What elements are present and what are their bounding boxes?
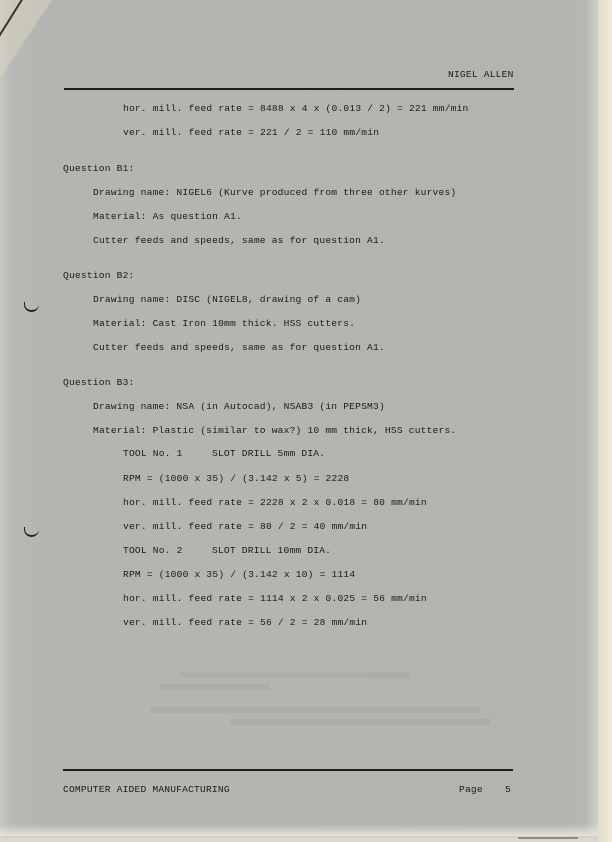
punch-hole-mark-icon <box>24 527 39 537</box>
question-b2-feeds: Cutter feeds and speeds, same as for que… <box>93 342 385 354</box>
footer-page-label: Page <box>459 784 483 796</box>
scan-artifact <box>518 837 578 839</box>
tool-1-label: TOOL No. 1 <box>123 448 183 460</box>
question-b3-material: Material: Plastic (similar to wax?) 10 m… <box>93 425 456 437</box>
footer-page-number: 5 <box>505 784 511 796</box>
show-through-text <box>150 707 480 713</box>
question-b1-feeds: Cutter feeds and speeds, same as for que… <box>93 235 385 247</box>
tool-2-description: SLOT DRILL 10mm DIA. <box>212 545 331 557</box>
footer-title: COMPUTER AIDED MANUFACTURING <box>63 784 230 796</box>
show-through-text <box>230 719 490 725</box>
carryover-hor-feed: hor. mill. feed rate = 8488 x 4 x (0.013… <box>123 103 469 115</box>
question-b1-drawing: Drawing name: NIGEL6 (Kurve produced fro… <box>93 187 456 199</box>
question-b2-drawing: Drawing name: DISC (NIGEL8, drawing of a… <box>93 294 361 306</box>
show-through-text <box>180 672 410 678</box>
document-page: NIGEL ALLEN hor. mill. feed rate = 8488 … <box>0 0 598 836</box>
tool-1-rpm: RPM = (1000 x 35) / (3.142 x 5) = 2228 <box>123 473 349 485</box>
page-right-edge <box>598 0 612 842</box>
header-author: NIGEL ALLEN <box>448 69 514 81</box>
question-b1-material: Material: As question A1. <box>93 211 242 223</box>
tool-2-ver-feed: ver. mill. feed rate = 56 / 2 = 28 mm/mi… <box>123 617 367 629</box>
question-b1-heading: Question B1: <box>63 163 135 175</box>
question-b2-heading: Question B2: <box>63 270 135 282</box>
tool-2-hor-feed: hor. mill. feed rate = 1114 x 2 x 0.025 … <box>123 593 427 605</box>
tool-2-label: TOOL No. 2 <box>123 545 183 557</box>
carryover-ver-feed: ver. mill. feed rate = 221 / 2 = 110 mm/… <box>123 127 379 139</box>
question-b3-drawing: Drawing name: NSA (in Autocad), NSAB3 (i… <box>93 401 385 413</box>
footer-rule <box>63 769 513 771</box>
show-through-text <box>160 684 270 690</box>
tool-1-description: SLOT DRILL 5mm DIA. <box>212 448 325 460</box>
punch-hole-mark-icon <box>24 302 39 312</box>
page-corner-fold <box>0 0 52 78</box>
question-b3-heading: Question B3: <box>63 377 135 389</box>
tool-1-hor-feed: hor. mill. feed rate = 2228 x 2 x 0.018 … <box>123 497 427 509</box>
tool-1-ver-feed: ver. mill. feed rate = 80 / 2 = 40 mm/mi… <box>123 521 367 533</box>
question-b2-material: Material: Cast Iron 10mm thick. HSS cutt… <box>93 318 355 330</box>
header-rule <box>64 88 514 90</box>
tool-2-rpm: RPM = (1000 x 35) / (3.142 x 10) = 1114 <box>123 569 355 581</box>
